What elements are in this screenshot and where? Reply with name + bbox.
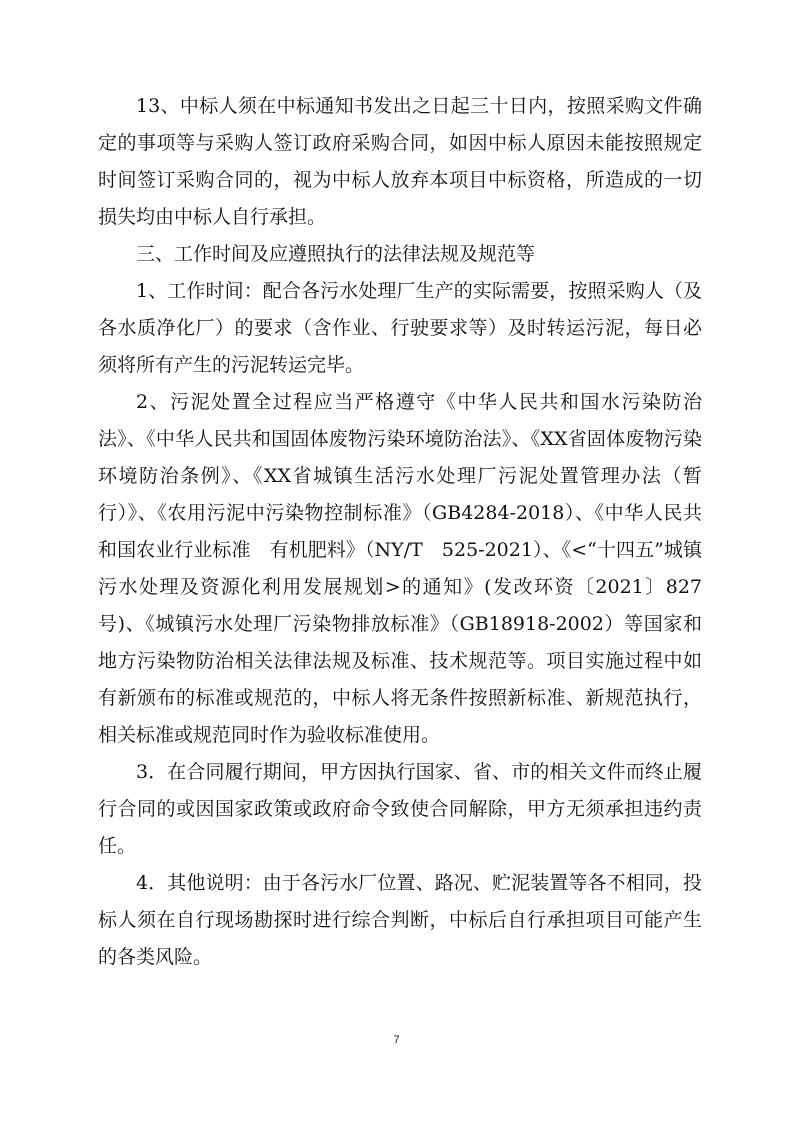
document-body: 13、中标人须在中标通知书发出之日起三十日内，按照采购文件确定的事项等与采购人签…: [98, 88, 702, 976]
paragraph-other-notes: 4．其他说明：由于各污水厂位置、路况、贮泥装置等各不相同，投标人须在自行现场勘探…: [98, 865, 702, 976]
paragraph-laws-regulations: 2、污泥处置全过程应当严格遵守《中华人民共和国水污染防治法》、《中华人民共和国固…: [98, 384, 702, 754]
page-number: 7: [0, 1034, 793, 1046]
section-heading-3: 三、工作时间及应遵照执行的法律法规及规范等: [98, 236, 702, 273]
paragraph-contract-termination: 3．在合同履行期间，甲方因执行国家、省、市的相关文件而终止履行合同的或因国家政策…: [98, 754, 702, 865]
paragraph-clause-13: 13、中标人须在中标通知书发出之日起三十日内，按照采购文件确定的事项等与采购人签…: [98, 88, 702, 236]
paragraph-work-time: 1、工作时间：配合各污水处理厂生产的实际需要，按照采购人（及各水质净化厂）的要求…: [98, 273, 702, 384]
